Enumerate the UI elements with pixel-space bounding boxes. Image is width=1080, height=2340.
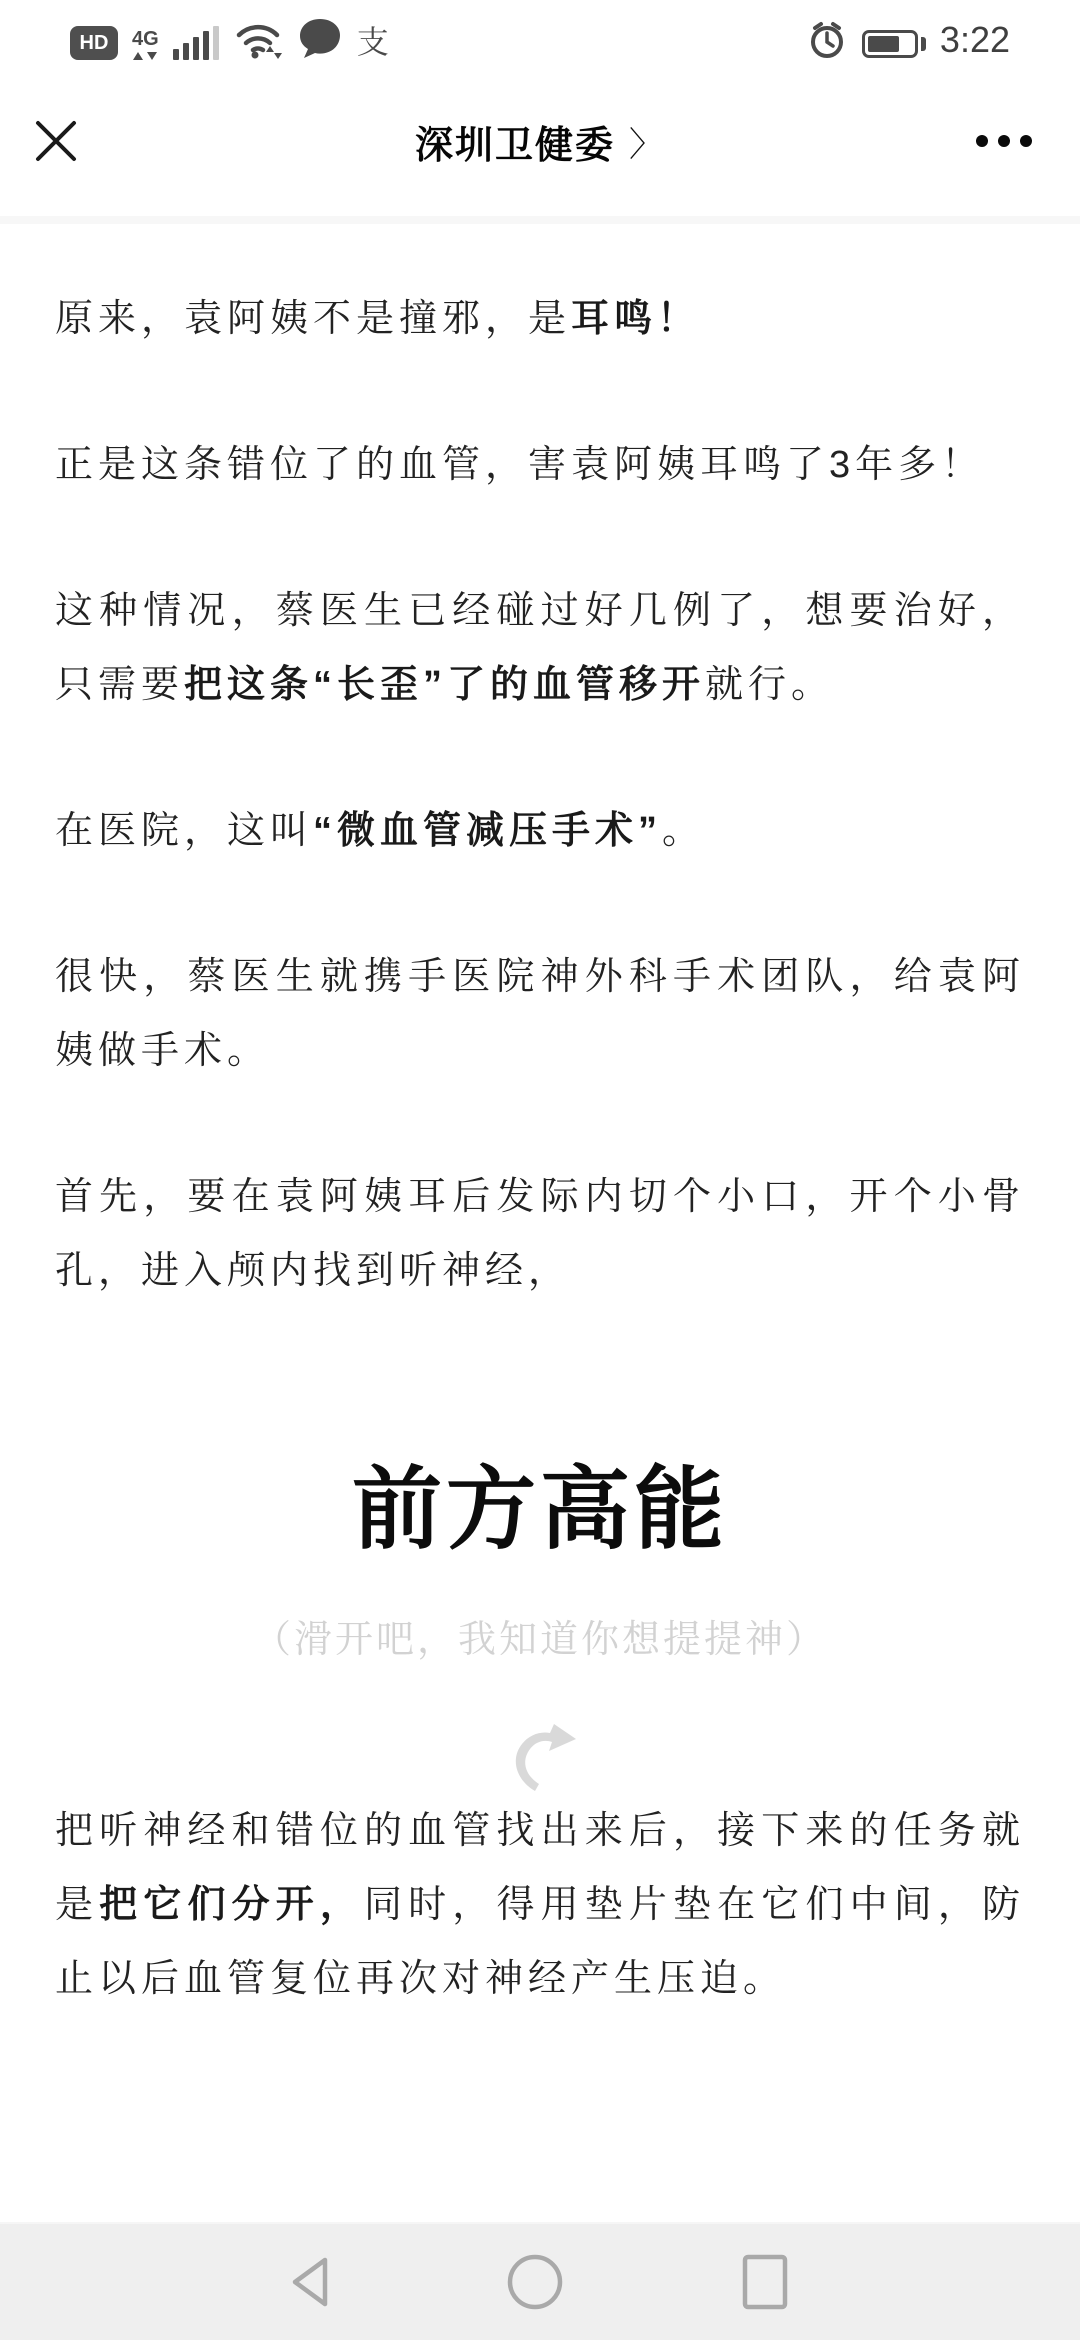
highlight-subtitle: （滑开吧，我知道你想提提神） [55, 1612, 1025, 1668]
home-button[interactable] [505, 2252, 565, 2312]
curved-arrow-icon [502, 1722, 578, 1794]
battery-icon [862, 30, 926, 58]
more-menu-icon[interactable] [976, 135, 1032, 147]
recents-button[interactable] [737, 2252, 793, 2312]
status-bar-right: 3:22 [806, 18, 1010, 60]
highlight-title: 前方高能 [55, 1454, 1025, 1566]
paragraph-text: 原来，袁阿姨不是撞邪，是 [55, 298, 571, 340]
alarm-clock-icon [806, 18, 848, 60]
article-paragraph: 正是这条错位了的血管，害袁阿姨耳鸣了3年多！ [55, 428, 1025, 502]
article-paragraphs-top: 原来，袁阿姨不是撞邪，是耳鸣！正是这条错位了的血管，害袁阿姨耳鸣了3年多！这种情… [55, 282, 1025, 1308]
article-paragraph: 首先，要在袁阿姨耳后发际内切个小口，开个小骨孔，进入颅内找到听神经， [55, 1160, 1025, 1308]
paragraph-text: 在医院，这叫 [55, 810, 313, 852]
article-paragraph: 在医院，这叫“微血管减压手术”。 [55, 794, 1025, 868]
chevron-right-icon: 〉 [629, 117, 665, 166]
network-type-label: 4G [132, 29, 159, 49]
mobile-network-icon: 4G [132, 29, 159, 60]
paragraph-text: 首先，要在袁阿姨耳后发际内切个小口，开个小骨孔，进入颅内找到听神经， [55, 1176, 1025, 1292]
paragraph-text: 正是这条错位了的血管，害袁阿姨耳鸣了3年多！ [55, 444, 984, 486]
paragraph-bold-text: 耳鸣！ [571, 298, 700, 340]
paragraph-bold-text: “微血管减压手术” [313, 810, 662, 852]
account-name: 深圳卫健委 [415, 114, 615, 169]
phone-screen: HD 4G 支 [0, 0, 1080, 2340]
paragraph-text: 就行。 [705, 664, 834, 706]
status-time: 3:22 [940, 22, 1010, 58]
android-navigation-bar [0, 2222, 1080, 2340]
article-paragraph: 很快，蔡医生就携手医院神外科手术团队，给袁阿姨做手术。 [55, 940, 1025, 1088]
article-body: 原来，袁阿姨不是撞邪，是耳鸣！正是这条错位了的血管，害袁阿姨耳鸣了3年多！这种情… [0, 224, 1080, 2016]
data-updown-arrows-icon [133, 52, 157, 60]
status-bar: HD 4G 支 [0, 0, 1080, 66]
paragraph-bold-text: 把这条“长歪”了的血管移开 [184, 664, 705, 706]
article-paragraphs-bottom: 把听神经和错位的血管找出来后，接下来的任务就是把它们分开，同时，得用垫片垫在它们… [55, 1794, 1025, 2016]
navbar-divider [0, 216, 1080, 224]
swipe-hint-arrow-wrap [55, 1722, 1025, 1794]
article-paragraph: 原来，袁阿姨不是撞邪，是耳鸣！ [55, 282, 1025, 356]
status-bar-left: HD 4G 支 [70, 16, 389, 60]
paragraph-bold-text: 把它们分开， [99, 1884, 364, 1926]
nav-bar: 深圳卫健委 〉 [0, 66, 1080, 216]
page-title[interactable]: 深圳卫健委 〉 [415, 114, 665, 169]
back-button[interactable] [287, 2253, 333, 2311]
signal-strength-icon [173, 26, 219, 60]
paragraph-text: 很快，蔡医生就携手医院神外科手术团队，给袁阿姨做手术。 [55, 956, 1025, 1072]
message-bubble-icon [297, 16, 343, 60]
hd-label: HD [80, 32, 109, 55]
hd-icon: HD [70, 26, 118, 60]
wifi-icon [233, 18, 283, 60]
paragraph-text: 。 [662, 810, 705, 852]
alipay-icon: 支 [357, 26, 389, 58]
battery-level [868, 36, 899, 52]
close-icon[interactable] [32, 117, 80, 165]
article-paragraph: 把听神经和错位的血管找出来后，接下来的任务就是把它们分开，同时，得用垫片垫在它们… [55, 1794, 1025, 2016]
article-paragraph: 这种情况，蔡医生已经碰过好几例了，想要治好，只需要把这条“长歪”了的血管移开就行… [55, 574, 1025, 722]
